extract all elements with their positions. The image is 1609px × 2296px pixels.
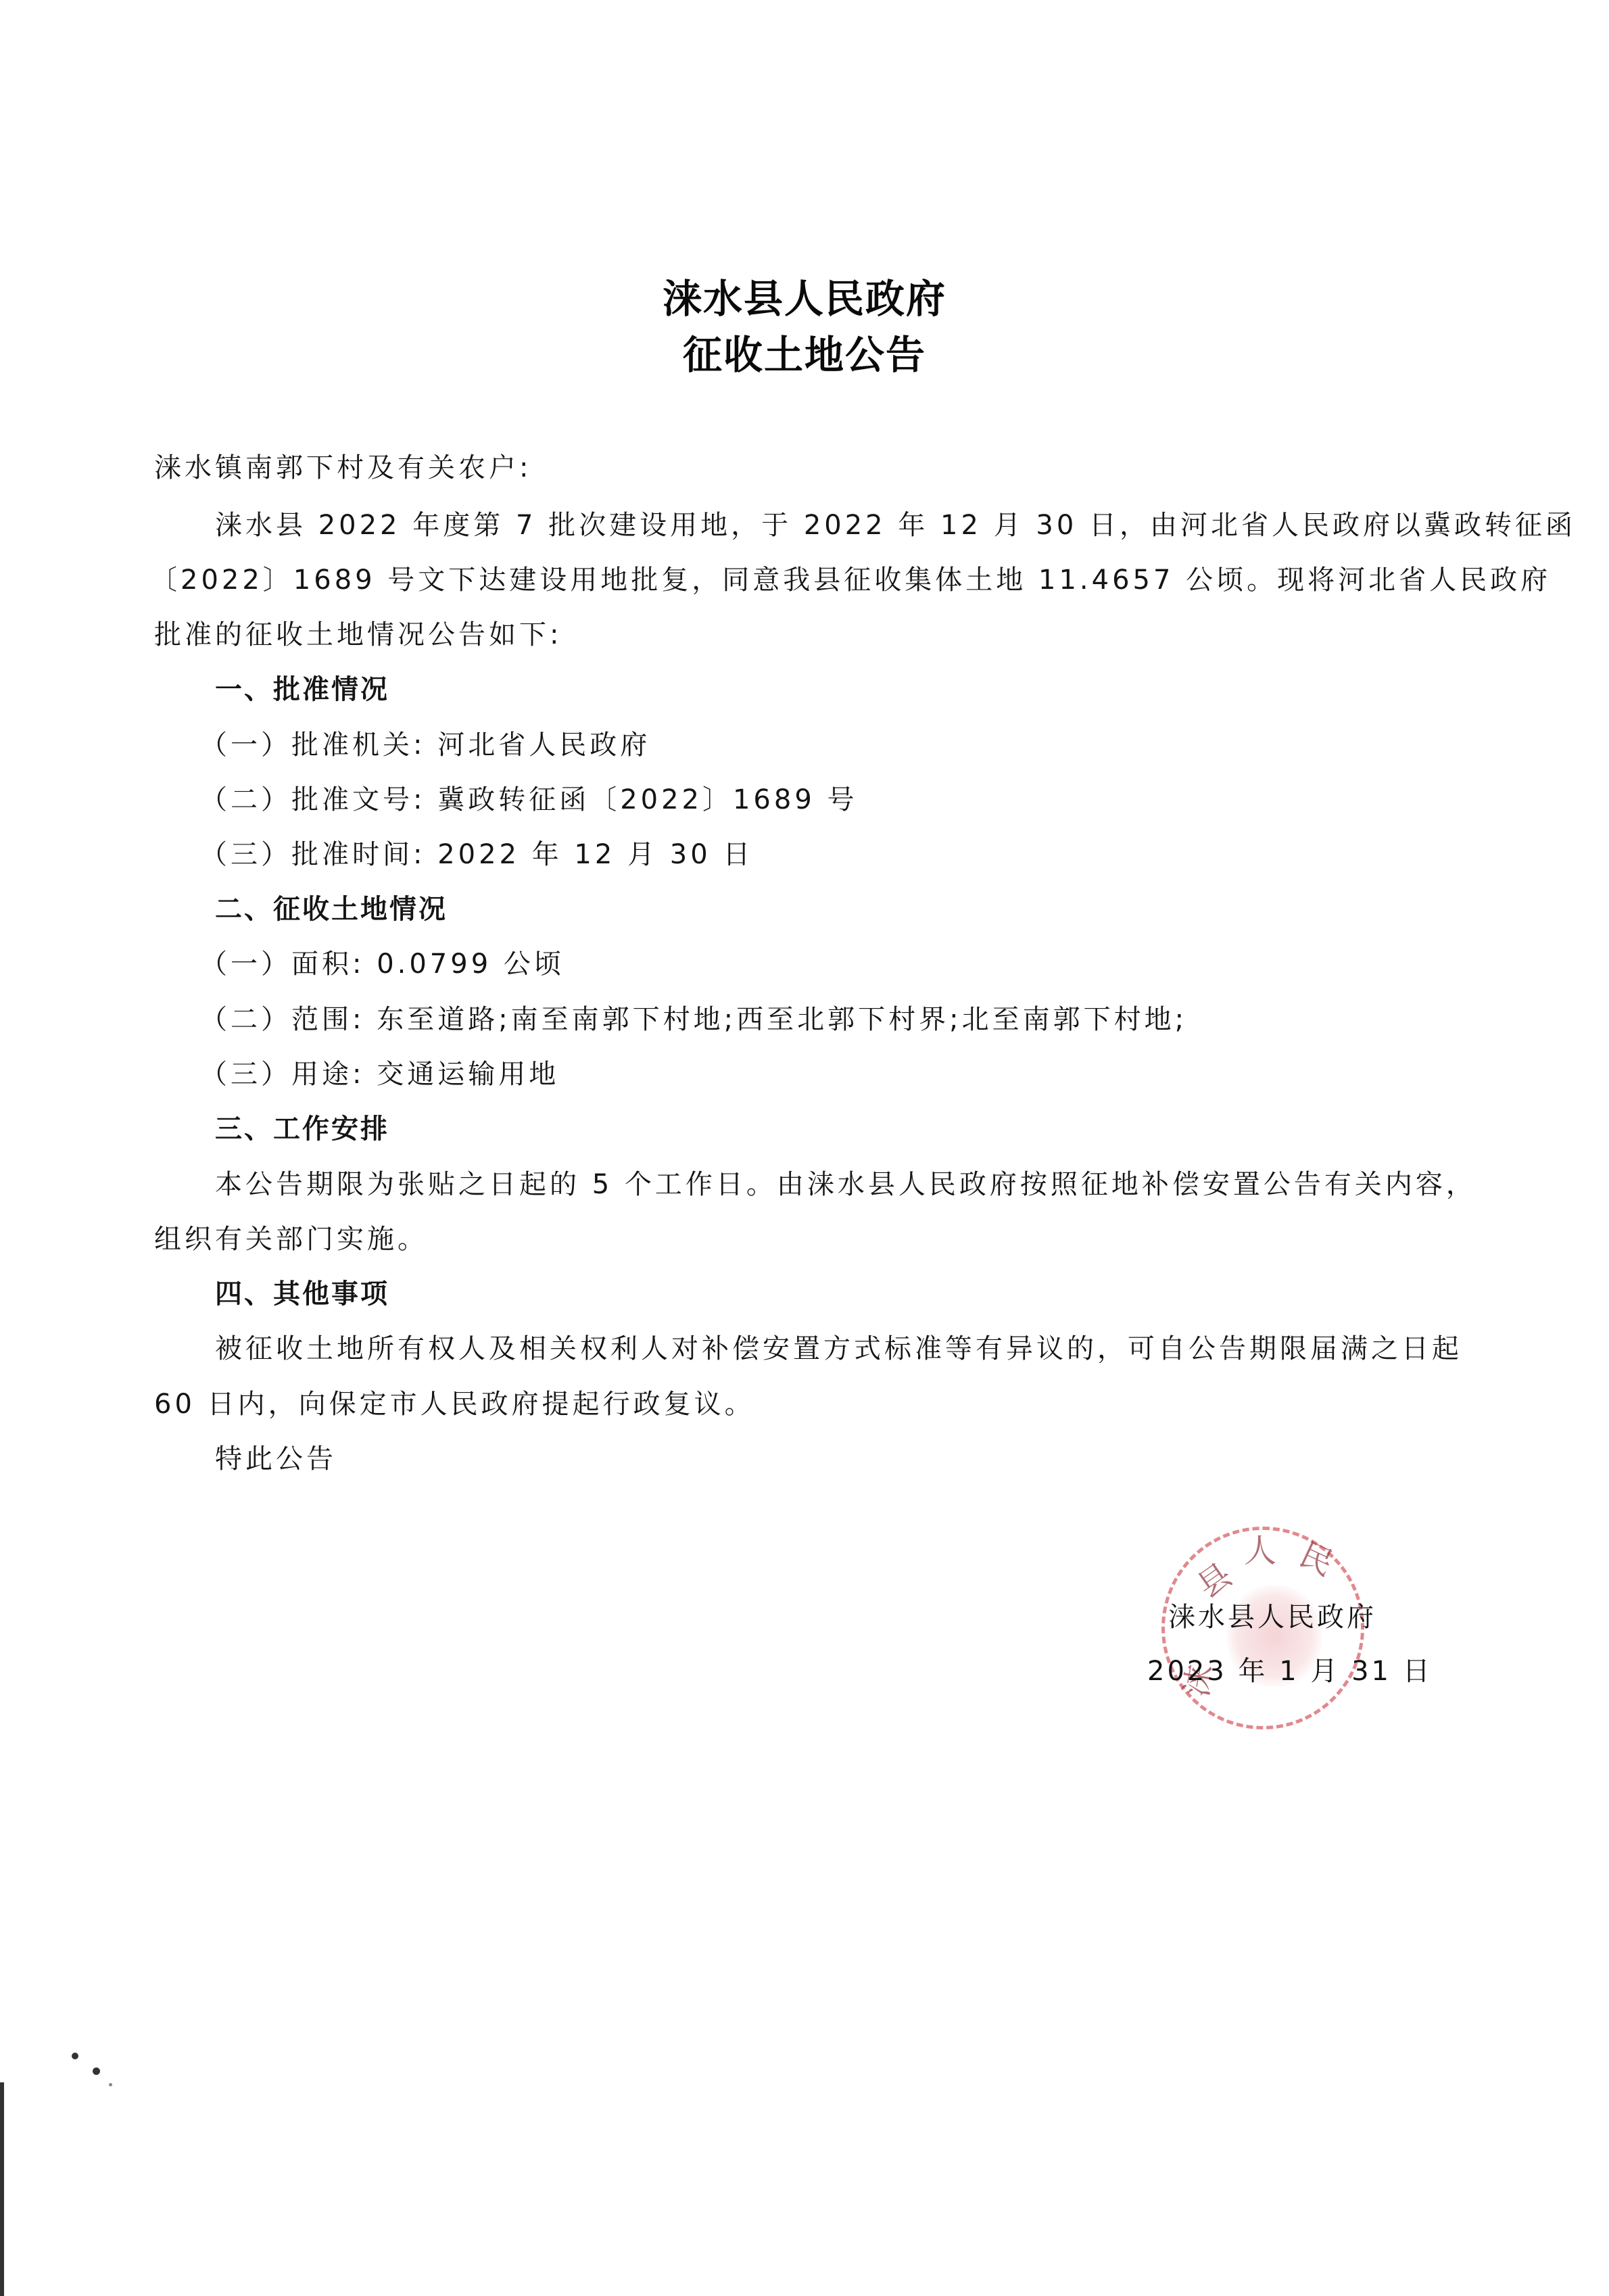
section-heading-other: 四、其他事项	[215, 1272, 389, 1311]
closing-remark: 特此公告	[215, 1437, 337, 1476]
section-heading-land: 二、征收土地情况	[215, 888, 448, 926]
other-matters-line-2: 60 日内，向保定市人民政府提起行政复议。	[154, 1383, 755, 1421]
section-heading-approval: 一、批准情况	[215, 668, 389, 707]
document-title-issuer: 涞水县人民政府	[0, 267, 1609, 324]
scan-edge-line	[0, 2082, 4, 2296]
arrangement-line-2: 组织有关部门实施。	[154, 1218, 428, 1256]
document-page: 涞水县人民政府 征收土地公告 涞水镇南郭下村及有关农户: 涞水县 2022 年度…	[0, 0, 1609, 2296]
salutation: 涞水镇南郭下村及有关农户:	[154, 446, 531, 485]
scan-speck	[93, 2067, 100, 2075]
scan-speck	[109, 2083, 112, 2086]
signature-date: 2023 年 1 月 31 日	[1147, 1650, 1433, 1688]
land-use: （三）用途: 交通运输用地	[200, 1053, 559, 1091]
section-heading-arrangement: 三、工作安排	[215, 1107, 389, 1146]
land-boundaries: （二）范围: 东至道路;南至南郭下村地;西至北郭下村界;北至南郭下村地;	[200, 998, 1187, 1036]
intro-line-1: 涞水县 2022 年度第 7 批次建设用地，于 2022 年 12 月 30 日…	[215, 504, 1576, 542]
approval-date: （三）批准时间: 2022 年 12 月 30 日	[200, 833, 753, 871]
seal-ring-char: 人	[1244, 1525, 1276, 1571]
document-title-subject: 征收土地公告	[0, 323, 1609, 380]
land-area: （一）面积: 0.0799 公顷	[200, 942, 565, 981]
approval-document-number: （二）批准文号: 冀政转征函〔2022〕1689 号	[200, 778, 858, 817]
intro-line-2: 〔2022〕1689 号文下达建设用地批复，同意我县征收集体土地 11.4657…	[150, 558, 1551, 597]
scan-speck	[72, 2053, 78, 2059]
signature-issuer: 涞水县人民政府	[1168, 1596, 1376, 1634]
intro-line-3: 批准的征收土地情况公告如下:	[154, 613, 562, 652]
other-matters-line-1: 被征收土地所有权人及相关权利人对补偿安置方式标准等有异议的，可自公告期限届满之日…	[215, 1327, 1462, 1366]
arrangement-line-1: 本公告期限为张贴之日起的 5 个工作日。由涞水县人民政府按照征地补偿安置公告有关…	[215, 1163, 1476, 1201]
approval-authority: （一）批准机关: 河北省人民政府	[200, 723, 650, 762]
